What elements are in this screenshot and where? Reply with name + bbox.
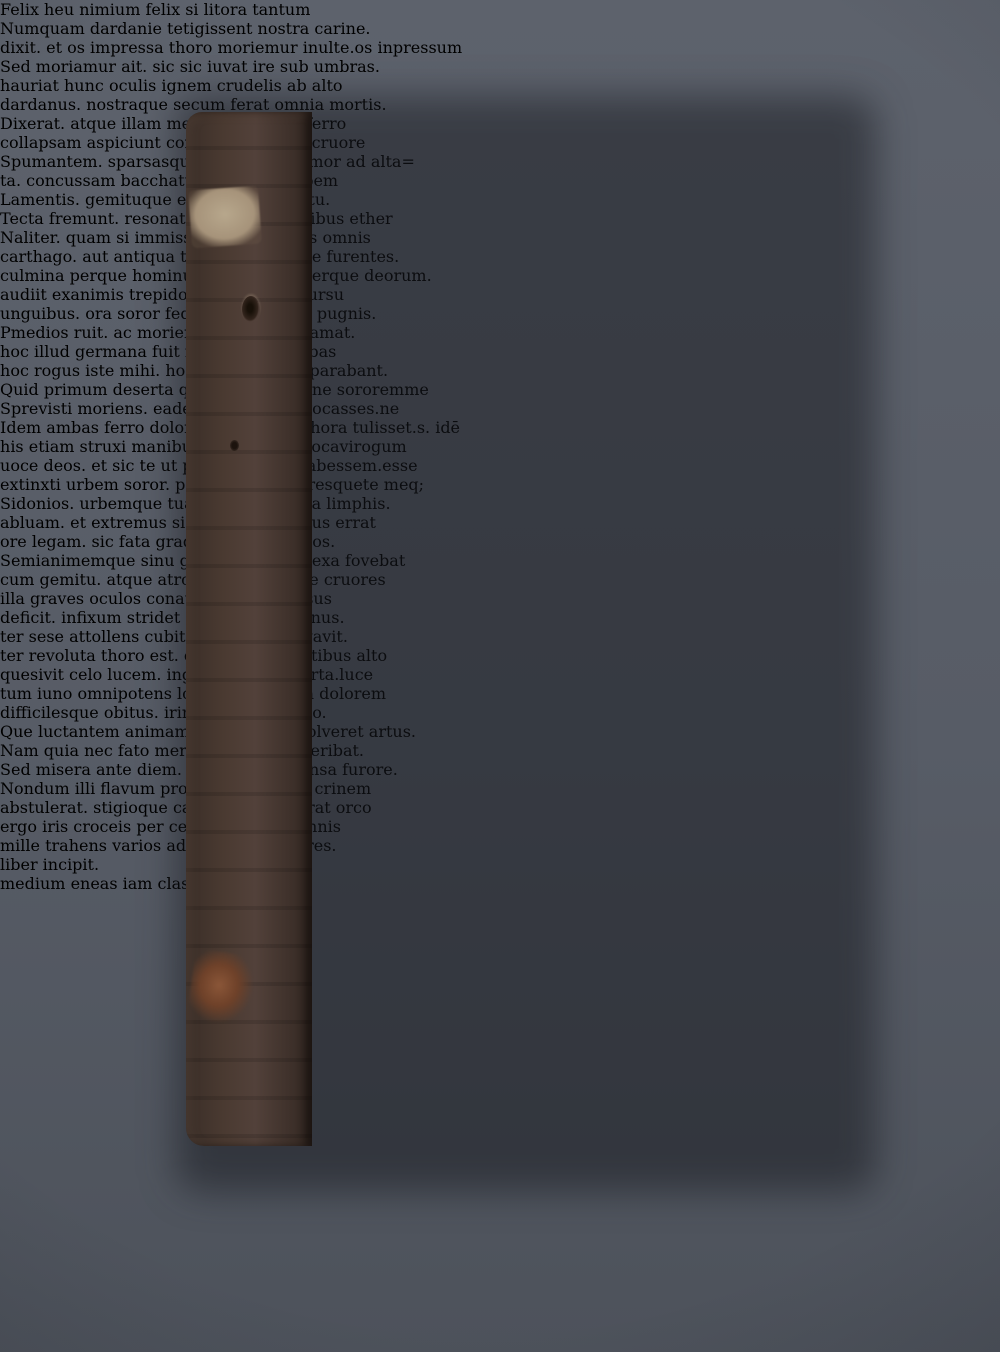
- manuscript-line: dixit. et os impressa thoro moriemur inu…: [0, 38, 1000, 57]
- line-initial: N: [0, 228, 14, 247]
- line-initial: u: [0, 304, 10, 323]
- line-initial: Q: [0, 380, 13, 399]
- line-initial: N: [0, 19, 14, 38]
- line-initial: a: [0, 798, 10, 817]
- spine-tear: [198, 1050, 250, 1154]
- line-initial: N: [0, 741, 14, 760]
- line-text: ed moriamur ait. sic sic iuvat ire sub u…: [11, 57, 380, 76]
- line-initial: d: [0, 703, 10, 722]
- line-initial: d: [0, 95, 10, 114]
- line-initial: d: [0, 38, 10, 57]
- line-initial: S: [0, 494, 11, 513]
- line-initial: S: [0, 551, 11, 570]
- line-initial: N: [0, 779, 14, 798]
- line-initial: F: [0, 0, 10, 19]
- manuscript-line: Numquam dardanie tetigissent nostra cari…: [0, 19, 1000, 38]
- manuscript-line: Sed moriamur ait. sic sic iuvat ire sub …: [0, 57, 1000, 76]
- line-text: auriat hunc oculis ignem crudelis ab alt…: [10, 76, 342, 95]
- spine-label-patch: [188, 186, 262, 249]
- line-initial: c: [0, 247, 9, 266]
- spine-tear: [184, 948, 257, 1040]
- line-initial: S: [0, 760, 11, 779]
- photo-background: Felix heu nimium felix si litora tantumN…: [0, 0, 1000, 1352]
- line-initial: o: [0, 532, 10, 551]
- spine-wormhole: [242, 296, 260, 323]
- interlinear-gloss: os inpressum: [355, 38, 463, 57]
- spine-wormhole-small: [230, 440, 239, 451]
- line-initial: d: [0, 608, 10, 627]
- line-text: elix heu nimium felix si litora tantum: [10, 0, 310, 19]
- line-initial: a: [0, 513, 10, 532]
- line-initial: h: [0, 342, 10, 361]
- line-initial: m: [0, 836, 15, 855]
- line-initial: c: [0, 266, 9, 285]
- line-initial: S: [0, 399, 11, 418]
- line-initial: c: [0, 570, 9, 589]
- manuscript-line: Felix heu nimium felix si litora tantum: [0, 0, 1000, 19]
- line-initial: Q: [0, 722, 13, 741]
- line-initial: c: [0, 133, 9, 152]
- book-spine-leather: [186, 112, 312, 1146]
- line-initial: S: [0, 57, 11, 76]
- line-initial: h: [0, 76, 10, 95]
- line-initial: q: [0, 665, 10, 684]
- line-text: umquam dardanie tetigissent nostra carin…: [14, 19, 371, 38]
- line-initial: a: [0, 285, 10, 304]
- line-initial: D: [0, 114, 13, 133]
- line-text: ixit. et os impressa thoro moriemur inul…: [10, 38, 354, 57]
- line-initial: S: [0, 152, 11, 171]
- rubric-text: liber incipit.: [0, 855, 99, 874]
- line-initial: h: [0, 361, 10, 380]
- line-initial: P: [0, 323, 11, 342]
- line-initial: L: [0, 190, 11, 209]
- line-initial: h: [0, 437, 10, 456]
- manuscript-line: hauriat hunc oculis ignem crudelis ab al…: [0, 76, 1000, 95]
- line-initial: u: [0, 456, 10, 475]
